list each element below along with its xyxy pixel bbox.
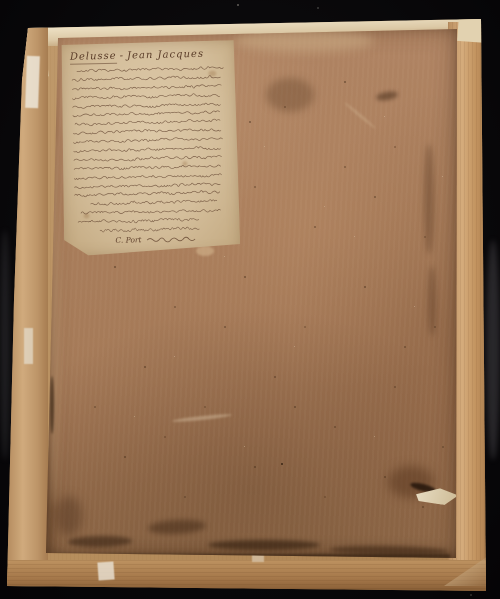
dust-speck bbox=[470, 594, 472, 596]
handwriting-line bbox=[99, 225, 201, 233]
handwriting-line bbox=[72, 162, 222, 171]
stain bbox=[375, 90, 398, 102]
dust-speck bbox=[237, 4, 239, 6]
handwriting-line bbox=[72, 153, 223, 162]
stain bbox=[56, 496, 82, 536]
handwriting-line bbox=[71, 82, 222, 91]
corner-fold-top-right bbox=[457, 15, 489, 43]
speckle-texture bbox=[44, 26, 45, 27]
scratch bbox=[172, 413, 232, 423]
stain bbox=[424, 144, 434, 254]
stain bbox=[148, 518, 207, 535]
handwriting-line bbox=[80, 207, 223, 216]
handwriting-line bbox=[75, 64, 225, 73]
handwriting-line bbox=[71, 91, 221, 100]
peel-patch bbox=[97, 561, 114, 580]
label-title-rest: Jean Jacques bbox=[127, 49, 204, 62]
stain bbox=[68, 535, 132, 547]
stain bbox=[208, 540, 320, 550]
label-title-name: Delusse bbox=[70, 51, 117, 65]
handwriting-line bbox=[89, 198, 219, 207]
handwriting-line bbox=[71, 109, 222, 118]
tape-edge-bottom bbox=[6, 560, 488, 593]
peel-patch bbox=[25, 56, 40, 108]
signature-text: C. Port bbox=[115, 235, 141, 245]
handwriting-line bbox=[72, 127, 223, 136]
signature-row: C. Port bbox=[115, 233, 233, 245]
scratch bbox=[344, 101, 377, 129]
handwriting-lines bbox=[70, 64, 233, 234]
handwriting-line bbox=[71, 100, 222, 109]
stain bbox=[48, 136, 60, 506]
handwriting-line bbox=[73, 189, 223, 198]
backdrop-sheen-right bbox=[486, 240, 500, 460]
handwriting-line bbox=[72, 144, 222, 153]
stain bbox=[196, 246, 214, 256]
handwriting-line bbox=[73, 118, 223, 127]
handwriting-line bbox=[70, 73, 221, 82]
stain bbox=[428, 266, 436, 336]
frame-backing-paper: Delusse-Jean Jacques C. Port bbox=[6, 16, 488, 593]
signature-flourish bbox=[144, 234, 200, 243]
handwriting-line bbox=[73, 171, 224, 180]
handwriting-line bbox=[72, 135, 223, 144]
stain bbox=[266, 78, 314, 112]
handwriting-line bbox=[73, 180, 221, 189]
backdrop-sheen-left bbox=[0, 230, 10, 460]
photo-frame-back: Delusse-Jean Jacques C. Port bbox=[0, 0, 500, 599]
handwritten-label: Delusse-Jean Jacques C. Port bbox=[60, 40, 241, 256]
label-title-separator: - bbox=[120, 51, 125, 62]
peel-patch bbox=[24, 328, 33, 364]
dust-speck bbox=[317, 7, 319, 9]
label-content: Delusse-Jean Jacques C. Port bbox=[70, 48, 233, 252]
stain bbox=[50, 376, 54, 434]
cardboard-backing: Delusse-Jean Jacques C. Port bbox=[44, 26, 460, 564]
handwriting-line bbox=[77, 216, 201, 225]
label-title: Delusse-Jean Jacques bbox=[70, 48, 229, 63]
